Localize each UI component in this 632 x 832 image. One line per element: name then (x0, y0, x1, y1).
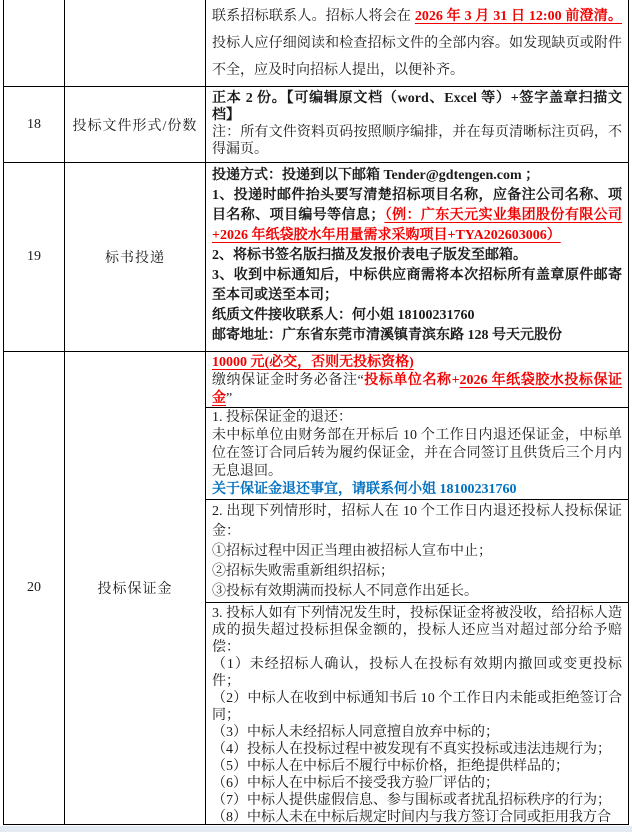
text-segment: 正本 2 份。【可编辑原文档（word、Excel 等）+签字盖章扫描文档】 (212, 91, 622, 123)
text-segment: 投标单位名称+ (364, 373, 460, 388)
row-18-content: 正本 2 份。【可编辑原文档（word、Excel 等）+签字盖章扫描文档】注：… (206, 87, 628, 162)
paragraph: 投递方式：投递到以下邮箱 Tender@gdtengen.com ； (212, 166, 622, 186)
paragraph: 邮寄地址：广东省东莞市清溪镇青滨东路 128 号天元股份 (212, 326, 622, 346)
paragraph: 1、投递时邮件抬头要写清楚招标项目名称，应备注公司名称、项目名称、项目编号等信息… (212, 186, 622, 246)
bond-refund-block: 1. 投标保证金的退还：未中标单位由财务部在开标后 10 个工作日内退还保证金，… (206, 408, 628, 500)
text-segment: （6）中标人在中标后不接受我方验厂评估的； (212, 776, 499, 791)
text-segment: （2）中标人在收到中标通知书后 10 个工作日内未能或拒绝签订合同； (212, 691, 622, 723)
paragraph: （3）中标人未经招标人同意擅自放弃中标的； (212, 724, 622, 741)
row-18-label: 投标文件形式/份数 (65, 87, 206, 162)
paragraph: 1. 投标保证金的退还： (212, 409, 622, 427)
row-19-number: 19 (4, 163, 65, 351)
text-segment: 3. 投标人如有下列情况发生时，投标保证金将被没收，给招标人造成的损失超过投标担… (212, 606, 622, 655)
table-row-clarification-continuation: 联系招标联系人。招标人将会在 2026 年 3 月 31 日 12:00 前澄清… (4, 0, 628, 87)
text-segment: 未中标单位由财务部在开标后 10 个工作日内退还保证金，中标单位在签订合同后转为… (212, 428, 622, 479)
paragraph: 纸质文件接收联系人：何小姐 18100231760 (212, 306, 622, 326)
paragraph: （4）投标人在投标过程中被发现有不真实投标或违法违规行为； (212, 741, 622, 758)
text-segment: 纸质文件接收联系人：何小姐 18100231760 (212, 308, 475, 323)
text-segment: 投标人应仔细阅读和检查招标文件的全部内容。如发现缺页或附件不全，应及时向招标人提… (212, 36, 622, 78)
paragraph: ②招标失败需重新组织招标； (212, 562, 622, 582)
row-20-content: 10000 元(必交，否则无投标资格)缴纳保证金时务必备注“投标单位名称+202… (206, 352, 628, 824)
text-segment: 邮寄地址：广东省东莞市清溪镇青滨东路 128 号天元股份 (212, 328, 562, 343)
text-segment: 2026 年 3 月 31 日 12:00 前澄清。 (415, 9, 622, 24)
row-content-cell: 联系招标联系人。招标人将会在 2026 年 3 月 31 日 12:00 前澄清… (206, 0, 628, 86)
row-19-content: 投递方式：投递到以下邮箱 Tender@gdtengen.com ；1、投递时邮… (206, 163, 628, 351)
text-segment: （4）投标人在投标过程中被发现有不真实投标或违法违规行为； (212, 742, 611, 757)
paragraph: 2. 出现下列情形时，招标人在 10 个工作日内退还投标人投标保证金： (212, 502, 622, 542)
text-segment: 3、收到中标通知后，中标供应商需将本次招标所有盖章原件邮寄至本司或送至本司； (212, 268, 622, 303)
text-segment: （8）中标人未在中标后规定时间内与我方签订合同或拒用我方合 (212, 810, 611, 824)
paragraph: 关于保证金退还事宜，请联系何小姐 18100231760 (212, 481, 622, 499)
paragraph: 注：所有文件资料页码按照顺序编排，并在每页清晰标注页码，不得漏页。 (212, 124, 622, 158)
row-18-number: 18 (4, 87, 65, 162)
row-19-label: 标书投递 (65, 163, 206, 351)
table-row-18-document-format: 18 投标文件形式/份数 正本 2 份。【可编辑原文档（word、Excel 等… (4, 87, 628, 163)
paragraph: （1）未经招标人确认，投标人在投标有效期内撤回或变更投标件； (212, 656, 622, 690)
bid-delivery-block: 投递方式：投递到以下邮箱 Tender@gdtengen.com ；1、投递时邮… (206, 163, 628, 347)
text-segment: 10000 元(必交，否则无投标资格) (212, 355, 414, 370)
paragraph: 10000 元(必交，否则无投标资格) (212, 354, 622, 372)
text-segment: 2、将标书签名版扫描及发报价表电子版发至邮箱。 (212, 248, 527, 263)
paragraph: （6）中标人在中标后不接受我方验厂评估的； (212, 775, 622, 792)
tender-table: 联系招标联系人。招标人将会在 2026 年 3 月 31 日 12:00 前澄清… (3, 0, 629, 825)
row-20-number: 20 (4, 352, 65, 824)
paragraph: ③投标有效期满而投标人不同意作出延长。 (212, 582, 622, 602)
paragraph: 2、将标书签名版扫描及发报价表电子版发至邮箱。 (212, 246, 622, 266)
text-segment: 投递方式：投递到以下邮箱 Tender@gdtengen.com ； (212, 168, 539, 183)
paragraph: 正本 2 份。【可编辑原文档（word、Excel 等）+签字盖章扫描文档】 (212, 90, 622, 124)
paragraph: （8）中标人未在中标后规定时间内与我方签订合同或拒用我方合 (212, 809, 622, 824)
paragraph: 未中标单位由财务部在开标后 10 个工作日内退还保证金，中标单位在签订合同后转为… (212, 427, 622, 481)
row-number-cell (4, 0, 65, 86)
text-segment: ③投标有效期满而投标人不同意作出延长。 (212, 584, 478, 599)
text-segment: ②招标失败需重新组织招标； (212, 564, 394, 579)
text-segment: ” (226, 391, 232, 406)
text-segment: 缴纳保证金时务必备注“ (212, 373, 364, 388)
document-format-block: 正本 2 份。【可编辑原文档（word、Excel 等）+签字盖章扫描文档】注：… (206, 87, 628, 159)
text-segment: （1）未经招标人确认，投标人在投标有效期内撤回或变更投标件； (212, 657, 622, 689)
paragraph: 3、收到中标通知后，中标供应商需将本次招标所有盖章原件邮寄至本司或送至本司； (212, 266, 622, 306)
paragraph: （5）中标人在中标后不履行中标价格，拒绝提供样品的； (212, 758, 622, 775)
row-label-cell (65, 0, 206, 86)
page-gap (0, 826, 632, 832)
text-segment: 1. 投标保证金的退还： (212, 410, 352, 425)
bond-return-cases-block: 2. 出现下列情形时，招标人在 10 个工作日内退还投标人投标保证金：①招标过程… (206, 500, 628, 603)
text-segment: （7）中标人提供虚假信息、参与围标或者扰乱招标秩序的行为； (212, 793, 611, 808)
paragraph: 缴纳保证金时务必备注“投标单位名称+2026 年纸袋胶水投标保证金” (212, 372, 622, 408)
text-segment: 2. 出现下列情形时，招标人在 10 个工作日内退还投标人投标保证金： (212, 504, 622, 539)
paragraph: 联系招标联系人。招标人将会在 2026 年 3 月 31 日 12:00 前澄清… (212, 3, 622, 84)
table-row-19-bid-delivery: 19 标书投递 投递方式：投递到以下邮箱 Tender@gdtengen.com… (4, 163, 628, 352)
text-segment: 关于保证金退还事宜，请联系何小姐 18100231760 (212, 482, 517, 497)
text-segment: ①招标过程中因正当理由被招标人宣布中止； (212, 544, 492, 559)
paragraph: （2）中标人在收到中标通知书后 10 个工作日内未能或拒绝签订合同； (212, 690, 622, 724)
text-segment: 联系招标联系人。招标人将会在 (212, 9, 415, 24)
text-segment: （3）中标人未经招标人同意擅自放弃中标的； (212, 725, 499, 740)
text-segment: 注：所有文件资料页码按照顺序编排，并在每页清晰标注页码，不得漏页。 (212, 125, 622, 157)
table-row-20-bid-bond: 20 投标保证金 10000 元(必交，否则无投标资格)缴纳保证金时务必备注“投… (4, 352, 628, 825)
paragraph: （7）中标人提供虚假信息、参与围标或者扰乱招标秩序的行为； (212, 792, 622, 809)
text-segment: （5）中标人在中标后不履行中标价格，拒绝提供样品的； (212, 759, 569, 774)
bond-amount-block: 10000 元(必交，否则无投标资格)缴纳保证金时务必备注“投标单位名称+202… (206, 352, 628, 408)
bond-forfeit-cases-block: 3. 投标人如有下列情况发生时，投标保证金将被没收，给招标人造成的损失超过投标担… (206, 603, 628, 824)
paragraph: ①招标过程中因正当理由被招标人宣布中止； (212, 542, 622, 562)
paragraph: 3. 投标人如有下列情况发生时，投标保证金将被没收，给招标人造成的损失超过投标担… (212, 605, 622, 656)
clarification-text-block: 联系招标联系人。招标人将会在 2026 年 3 月 31 日 12:00 前澄清… (206, 0, 628, 85)
row-20-label: 投标保证金 (65, 352, 206, 824)
